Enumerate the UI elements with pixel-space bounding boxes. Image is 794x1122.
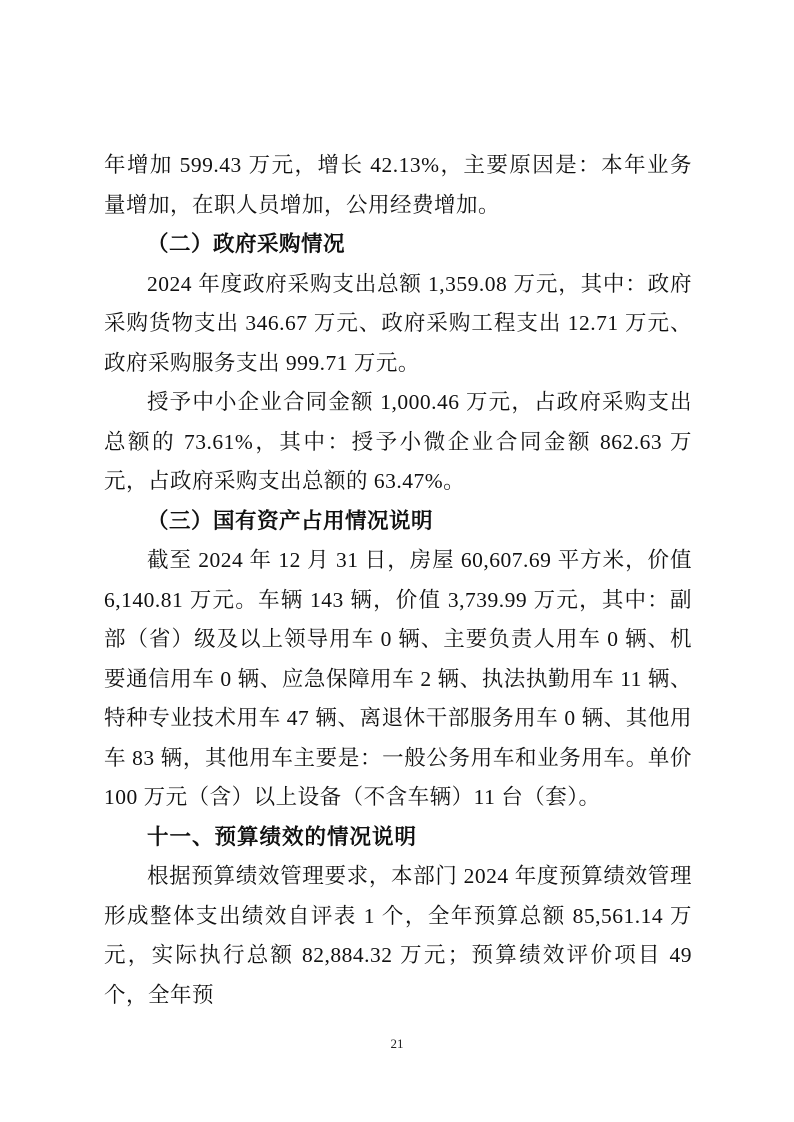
subsection-heading-state-assets: （三）国有资产占用情况说明 (104, 502, 692, 542)
section-heading-budget-performance: 十一、预算绩效的情况说明 (104, 818, 692, 858)
subsection-heading-government-procurement: （二）政府采购情况 (104, 225, 692, 265)
page-number: 21 (0, 1036, 794, 1052)
body-paragraph-procurement-totals: 2024 年度政府采购支出总额 1,359.08 万元，其中：政府采购货物支出 … (104, 265, 692, 384)
body-paragraph-sme-contracts: 授予中小企业合同金额 1,000.46 万元，占政府采购支出总额的 73.61%… (104, 383, 692, 502)
body-paragraph-budget-performance: 根据预算绩效管理要求，本部门 2024 年度预算绩效管理形成整体支出绩效自评表 … (104, 857, 692, 1015)
document-page: 年增加 599.43 万元，增长 42.13%，主要原因是：本年业务量增加，在职… (0, 0, 794, 1122)
document-body: 年增加 599.43 万元，增长 42.13%，主要原因是：本年业务量增加，在职… (104, 146, 692, 1015)
body-paragraph-expense-increase: 年增加 599.43 万元，增长 42.13%，主要原因是：本年业务量增加，在职… (104, 146, 692, 225)
body-paragraph-state-assets: 截至 2024 年 12 月 31 日，房屋 60,607.69 平方米，价值 … (104, 541, 692, 818)
